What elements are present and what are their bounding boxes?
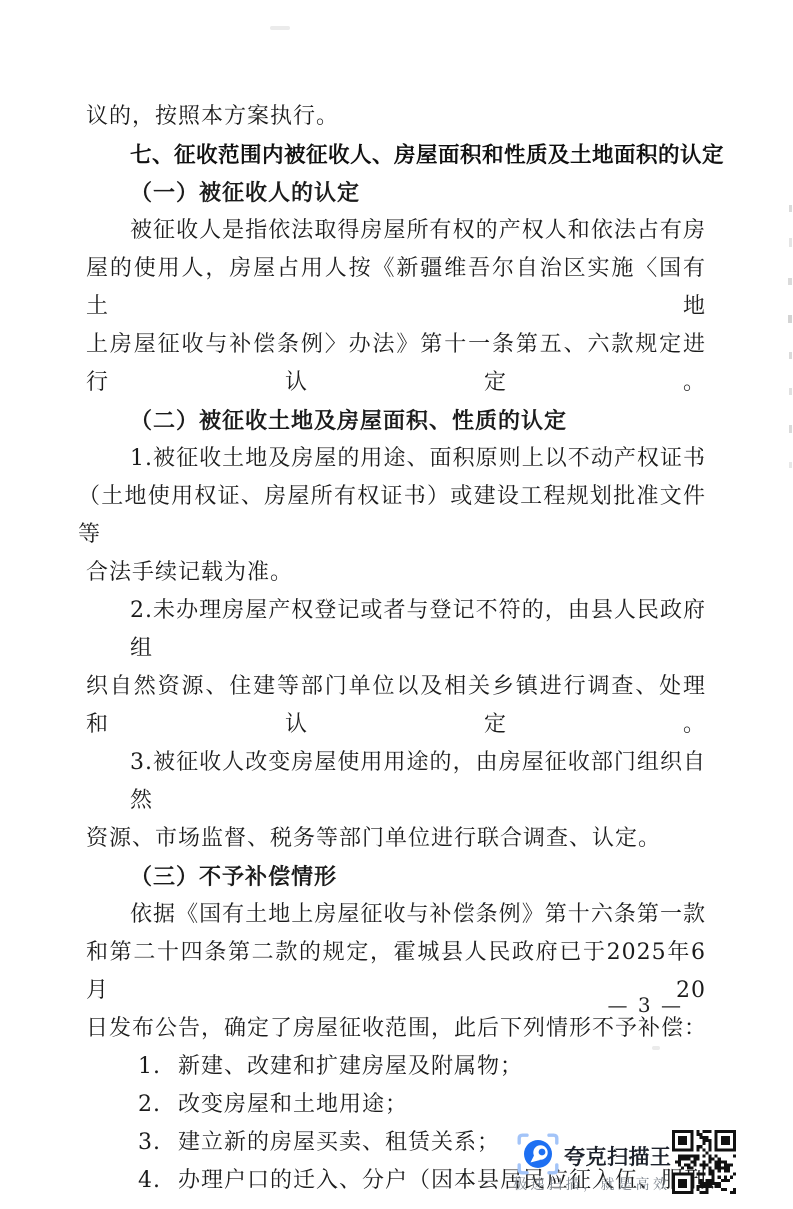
scanned-document-page: 议的，按照本方案执行。 七、征收范围内被征收人、房屋面积和性质及土地面积的认定 … <box>0 0 793 1209</box>
list-item-number: 2. <box>138 1086 178 1124</box>
list-item: 1.新建、改建和扩建房屋及附属物； <box>86 1048 706 1086</box>
doc-line: 资源、市场监督、税务等部门单位进行联合调查、认定。 <box>86 820 706 858</box>
doc-line: 依据《国有土地上房屋征收与补偿条例》第十六条第一款 <box>86 896 706 934</box>
quark-scanner-logo-icon <box>517 1133 559 1175</box>
scan-artifact <box>652 1046 660 1050</box>
doc-line: 2.未办理房屋产权登记或者与登记不符的，由县人民政府组 <box>86 592 706 668</box>
scan-artifact <box>789 462 792 468</box>
list-item-text: 新建、改建和扩建房屋及附属物； <box>178 1054 523 1079</box>
doc-line: 合法手续记载为准。 <box>86 554 706 592</box>
doc-line: 屋的使用人，房屋占用人按《新疆维吾尔自治区实施〈国有土地 <box>86 250 706 326</box>
list-item-number: 3. <box>138 1124 178 1162</box>
doc-line: 1.被征收土地及房屋的用途、面积原则上以不动产权证书 <box>86 440 706 478</box>
scanner-tagline: 极速扫描，就是高效 <box>513 1174 671 1194</box>
list-item-number: 4. <box>138 1162 178 1200</box>
doc-line: 3.被征收人改变房屋使用用途的，由房屋征收部门组织自然 <box>86 744 706 820</box>
scan-artifact <box>788 278 792 285</box>
scan-artifact <box>270 26 290 30</box>
scanner-brand-name: 夸克扫描王 <box>564 1141 672 1171</box>
scan-artifact <box>789 205 792 212</box>
subsection-heading: （二）被征收土地及房屋面积、性质的认定 <box>86 402 706 440</box>
scan-artifact <box>789 388 792 395</box>
page-number: — 3 — <box>608 993 683 1017</box>
scan-artifact <box>788 315 792 323</box>
list-item-text: 改变房屋和土地用途； <box>178 1092 408 1117</box>
list-item-text: 建立新的房屋买卖、租赁关系； <box>178 1130 500 1155</box>
subsection-heading: （三）不予补偿情形 <box>86 858 706 896</box>
list-item: 2.改变房屋和土地用途； <box>86 1086 706 1124</box>
scan-artifact <box>789 425 792 433</box>
scan-artifact <box>789 352 792 359</box>
scan-artifact <box>789 238 792 247</box>
doc-line: 上房屋征收与补偿条例〉办法》第十一条第五、六款规定进行认定。 <box>86 326 706 402</box>
qr-code-icon <box>672 1130 736 1194</box>
subsection-heading: （一）被征收人的认定 <box>86 174 706 212</box>
scanner-watermark: 夸克扫描王 极速扫描，就是高效 <box>512 1128 740 1198</box>
doc-line: （土地使用权证、房屋所有权证书）或建设工程规划批准文件等 <box>78 478 706 554</box>
section-heading: 七、征收范围内被征收人、房屋面积和性质及土地面积的认定 <box>86 136 706 174</box>
document-body: 议的，按照本方案执行。 七、征收范围内被征收人、房屋面积和性质及土地面积的认定 … <box>86 98 706 1200</box>
doc-line: 织自然资源、住建等部门单位以及相关乡镇进行调查、处理和认定。 <box>86 668 706 744</box>
list-item-number: 1. <box>138 1048 178 1086</box>
doc-line: 议的，按照本方案执行。 <box>86 98 706 136</box>
doc-line: 被征收人是指依法取得房屋所有权的产权人和依法占有房 <box>86 212 706 250</box>
